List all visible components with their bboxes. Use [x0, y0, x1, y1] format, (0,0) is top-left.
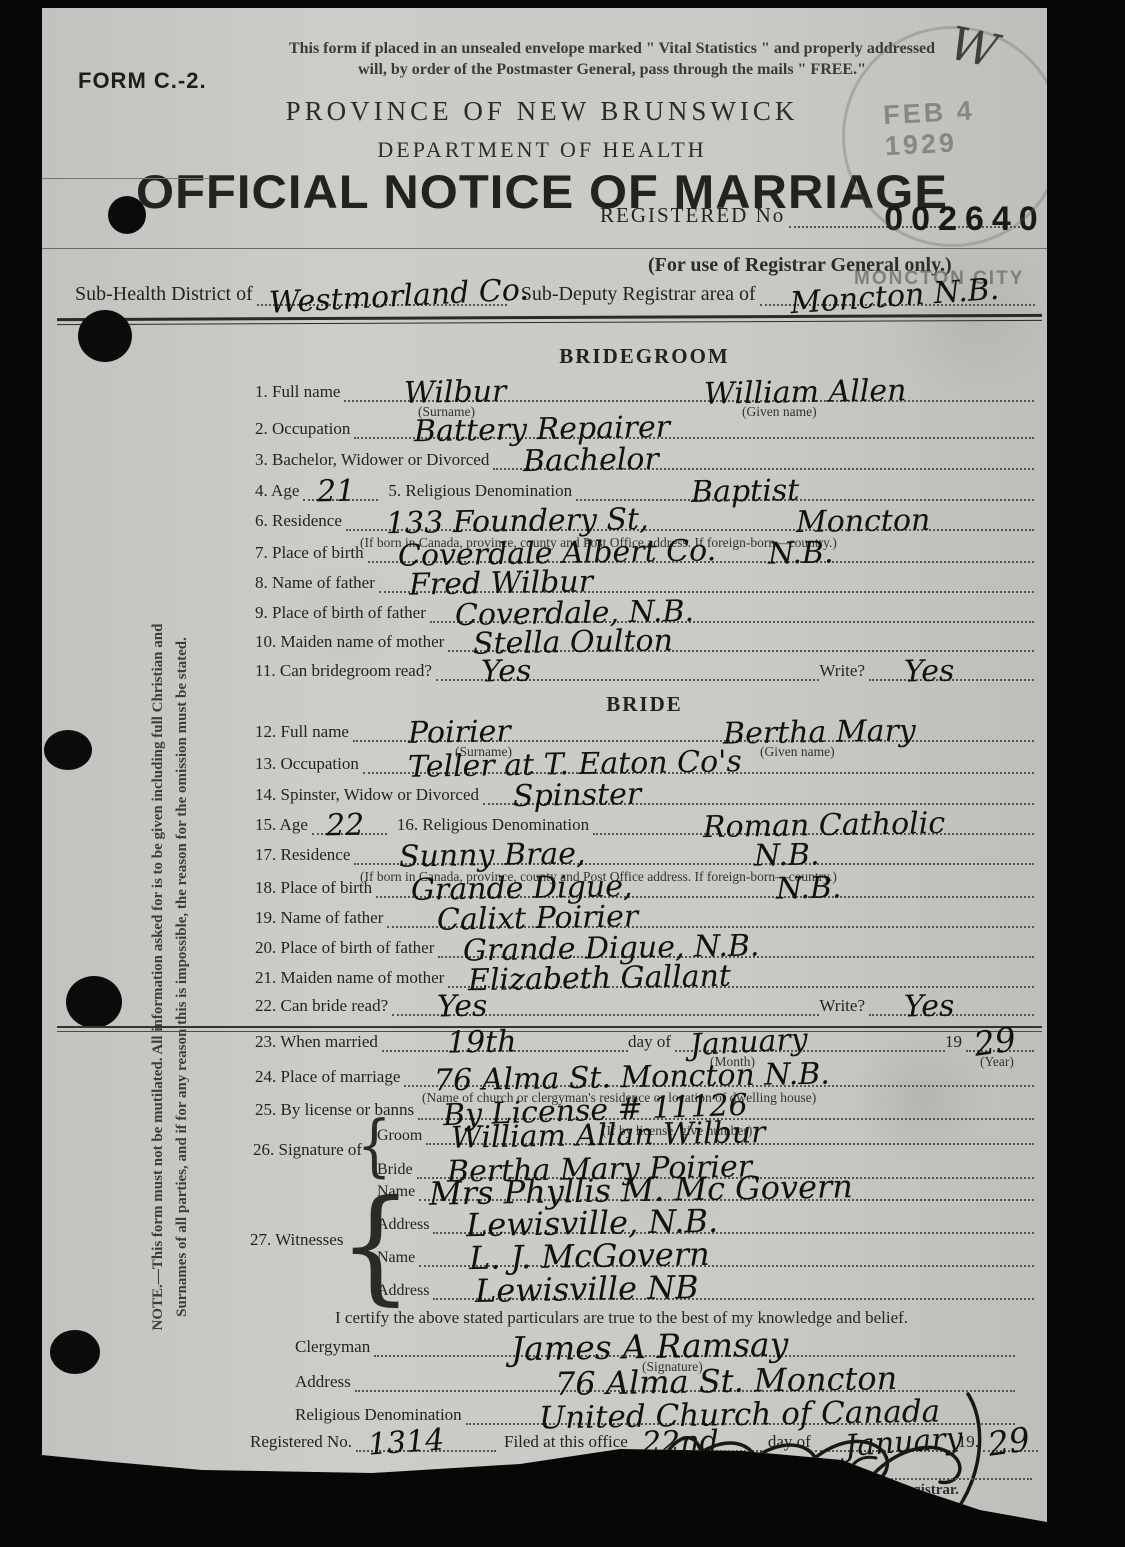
field-label: 17. Residence: [255, 845, 354, 865]
handwritten-value: Yes: [437, 995, 488, 1020]
dotted-line: Wilbur William Allen: [344, 390, 1034, 402]
handwritten-value: Moncton: [796, 509, 931, 535]
witness-address-label: Address: [377, 1216, 433, 1234]
punch-hole: [66, 976, 122, 1028]
dotted-line: Baptist: [576, 489, 1034, 501]
dotted-line: Grande Digue, N.B.: [438, 946, 1034, 958]
clergyman-label: Clergyman: [295, 1337, 374, 1357]
dotted-line: Bachelor: [493, 458, 1034, 470]
registered-no-label: REGISTERED No: [600, 203, 789, 228]
field-label: 10. Maiden name of mother: [255, 632, 448, 652]
dotted-line: Roman Catholic: [593, 823, 1034, 835]
dotted-line: 133 Foundery St, Moncton: [346, 519, 1034, 531]
field-label: 4. Age: [255, 481, 303, 501]
handwritten-value: Bertha Mary: [723, 719, 916, 746]
scanned-document-scene: FORM C.-2. This form if placed in an uns…: [0, 0, 1125, 1547]
handwritten-value: N.B.: [754, 843, 820, 868]
witness-address-label: Address: [377, 1282, 433, 1300]
dotted-line: Teller at T. Eaton Co's: [363, 762, 1034, 774]
handwritten-value: Spinster: [513, 783, 642, 809]
sub-deputy-area-line: Moncton N.B.: [760, 294, 1035, 306]
dotted-line: Lewisville NB: [433, 1288, 1034, 1300]
handwritten-value: Wilbur: [404, 380, 507, 406]
handwritten-value: 19th: [447, 1030, 517, 1055]
handwritten-value: Fred Wilbur: [409, 570, 593, 597]
handwritten-value: Poirier: [408, 720, 511, 746]
dotted-line: 22: [312, 823, 387, 835]
handwritten-value: Bachelor: [523, 448, 659, 474]
sub-health-district-line: Westmorland Co.: [257, 294, 507, 306]
dotted-line: 1314: [356, 1440, 496, 1452]
day-of-label: day of: [628, 1032, 675, 1052]
registered-label: Registered No.: [250, 1432, 356, 1452]
handwritten-value: Grande Digue,: [411, 875, 633, 903]
field-label: 23. When married: [255, 1032, 382, 1052]
field-label: 1. Full name: [255, 382, 344, 402]
handwritten-value: Teller at T. Eaton Co's: [408, 750, 742, 780]
handwritten-value: 76 Alma St. Moncton N.B.: [434, 1063, 830, 1094]
field-label: 11. Can bridegroom read?: [255, 661, 436, 681]
field-label: 16. Religious Denomination: [387, 815, 593, 835]
sub-health-district-label: Sub-Health District of: [75, 283, 257, 306]
field-label: 5. Religious Denomination: [378, 481, 576, 501]
dotted-line: Grande Digue, N.B.: [376, 886, 1034, 898]
handwritten-value: 29: [972, 1026, 1017, 1058]
handwritten-value: Yes: [904, 660, 955, 685]
dotted-line: January: [675, 1040, 945, 1052]
dotted-line: Mrs Phyllis M. Mc Govern: [419, 1189, 1034, 1201]
dotted-line: Coverdale, N.B.: [430, 611, 1034, 623]
margin-note-line2: Surnames of all parties, and if for any …: [170, 552, 194, 1402]
field-label: 18. Place of birth: [255, 878, 376, 898]
dotted-line: [660, 1468, 1032, 1480]
field-label: 14. Spinster, Widow or Divorced: [255, 785, 483, 805]
dotted-line: Calixt Poirier: [387, 916, 1034, 928]
write-label: Write?: [819, 661, 869, 681]
dotted-line: Stella Oulton: [448, 640, 1034, 652]
field-label: 7. Place of birth: [255, 543, 368, 563]
handwritten-value: Stella Oulton: [473, 629, 673, 656]
certify-statement: I certify the above stated particulars a…: [335, 1308, 908, 1328]
field-label: 21. Maiden name of mother: [255, 968, 448, 988]
header-divider: [42, 248, 1047, 249]
signature-of-label: 26. Signature of: [253, 1140, 362, 1160]
field-label: 24. Place of marriage: [255, 1067, 404, 1087]
registered-value: 1314: [367, 1428, 445, 1457]
handwritten-value: Yes: [481, 660, 532, 685]
punch-hole: [50, 1330, 100, 1374]
handwritten-value: William Allen: [704, 379, 907, 407]
handwritten-value: N.B.: [767, 541, 833, 566]
year-prefix: 19: [945, 1032, 966, 1052]
witnesses-label: 27. Witnesses: [250, 1230, 343, 1250]
sub-deputy-area-value: Moncton N.B.: [789, 278, 999, 317]
witness-address: Lewisville NB: [475, 1275, 699, 1304]
dotted-line: 29: [966, 1040, 1034, 1052]
handwritten-value: Elizabeth Gallant: [468, 965, 731, 994]
handwritten-value: Roman Catholic: [703, 812, 945, 840]
handwritten-value: 21: [317, 480, 356, 505]
field-label: 6. Residence: [255, 511, 346, 531]
punch-hole: [44, 730, 92, 770]
date-stamp: FEB 4 1929: [882, 92, 1047, 162]
dotted-line: Yes: [869, 669, 1034, 681]
clergyman-signature: James A Ramsay: [511, 1331, 789, 1362]
dotted-line: 19th: [382, 1040, 628, 1052]
groom-signature: William Allan Wilbur: [451, 1121, 766, 1150]
handwritten-value: 133 Foundery St,: [386, 508, 649, 537]
bridegroom-heading: BRIDEGROOM: [255, 344, 1034, 369]
write-label: Write?: [819, 996, 869, 1016]
sub-deputy-label: Signature of Sub-Deputy Registrar.: [660, 1482, 1032, 1499]
dotted-line: L. J. McGovern: [419, 1255, 1034, 1267]
field-label: 20. Place of birth of father: [255, 938, 438, 958]
margin-note: NOTE.—This form must not be mutilated. A…: [146, 552, 194, 1402]
dotted-line: James A Ramsay: [374, 1345, 1015, 1357]
dotted-line: Battery Repairer: [354, 427, 1034, 439]
field-label: 13. Occupation: [255, 754, 363, 774]
dotted-line: William Allan Wilbur: [426, 1133, 1034, 1145]
field-label: 12. Full name: [255, 722, 353, 742]
handwritten-value: Baptist: [691, 479, 800, 505]
dotted-line: Yes: [869, 1004, 1034, 1016]
field-label: 3. Bachelor, Widower or Divorced: [255, 450, 493, 470]
punch-hole: [108, 196, 146, 234]
dotted-line: 21: [303, 489, 378, 501]
field-label: 19. Name of father: [255, 908, 387, 928]
field-label: 22. Can bride read?: [255, 996, 392, 1016]
dotted-line: Spinster: [483, 793, 1034, 805]
sub-deputy-area-label: Sub-Deputy Registrar area of: [507, 283, 760, 306]
field-label: 15. Age: [255, 815, 312, 835]
heavy-divider: [57, 314, 1042, 325]
handwritten-value: Calixt Poirier: [437, 905, 639, 933]
clergyman-address-label: Address: [295, 1372, 355, 1392]
dotted-line: Yes: [436, 669, 820, 681]
dotted-line: Elizabeth Gallant: [448, 976, 1034, 988]
scan-line-artifact: [42, 178, 210, 179]
handwritten-value: N.B.: [776, 876, 842, 901]
dotted-line: Sunny Brae, N.B.: [354, 853, 1034, 865]
handwritten-value: Battery Repairer: [414, 416, 670, 444]
filed-label: Filed at this office: [496, 1432, 632, 1452]
field-label: 2. Occupation: [255, 419, 354, 439]
handwritten-value: 22: [326, 814, 365, 839]
margin-note-line1: NOTE.—This form must not be mutilated. A…: [146, 552, 170, 1402]
dotted-line: Coverdale Albert Co. N.B.: [368, 551, 1034, 563]
dotted-line: Poirier Bertha Mary: [353, 730, 1034, 742]
handwritten-value: Yes: [904, 995, 955, 1020]
witness-name-label: Name: [377, 1183, 419, 1201]
field-label: 9. Place of birth of father: [255, 603, 430, 623]
field-label: 25. By license or banns: [255, 1100, 418, 1120]
handwritten-value: Sunny Brae,: [399, 842, 586, 869]
dotted-line: Lewisville, N.B.: [433, 1222, 1034, 1234]
sub-health-district-value: Westmorland Co.: [268, 278, 529, 316]
field-label: 8. Name of father: [255, 573, 379, 593]
dotted-line: 76 Alma St. Moncton N.B.: [404, 1075, 1034, 1087]
groom-label: Groom: [377, 1127, 426, 1145]
bride-heading: BRIDE: [255, 692, 1034, 717]
punch-hole: [78, 310, 132, 362]
marriage-form-paper: FORM C.-2. This form if placed in an uns…: [42, 8, 1047, 1547]
witness-name-label: Name: [377, 1249, 419, 1267]
dotted-line: Fred Wilbur: [379, 581, 1034, 593]
dotted-line: Yes: [392, 1004, 819, 1016]
